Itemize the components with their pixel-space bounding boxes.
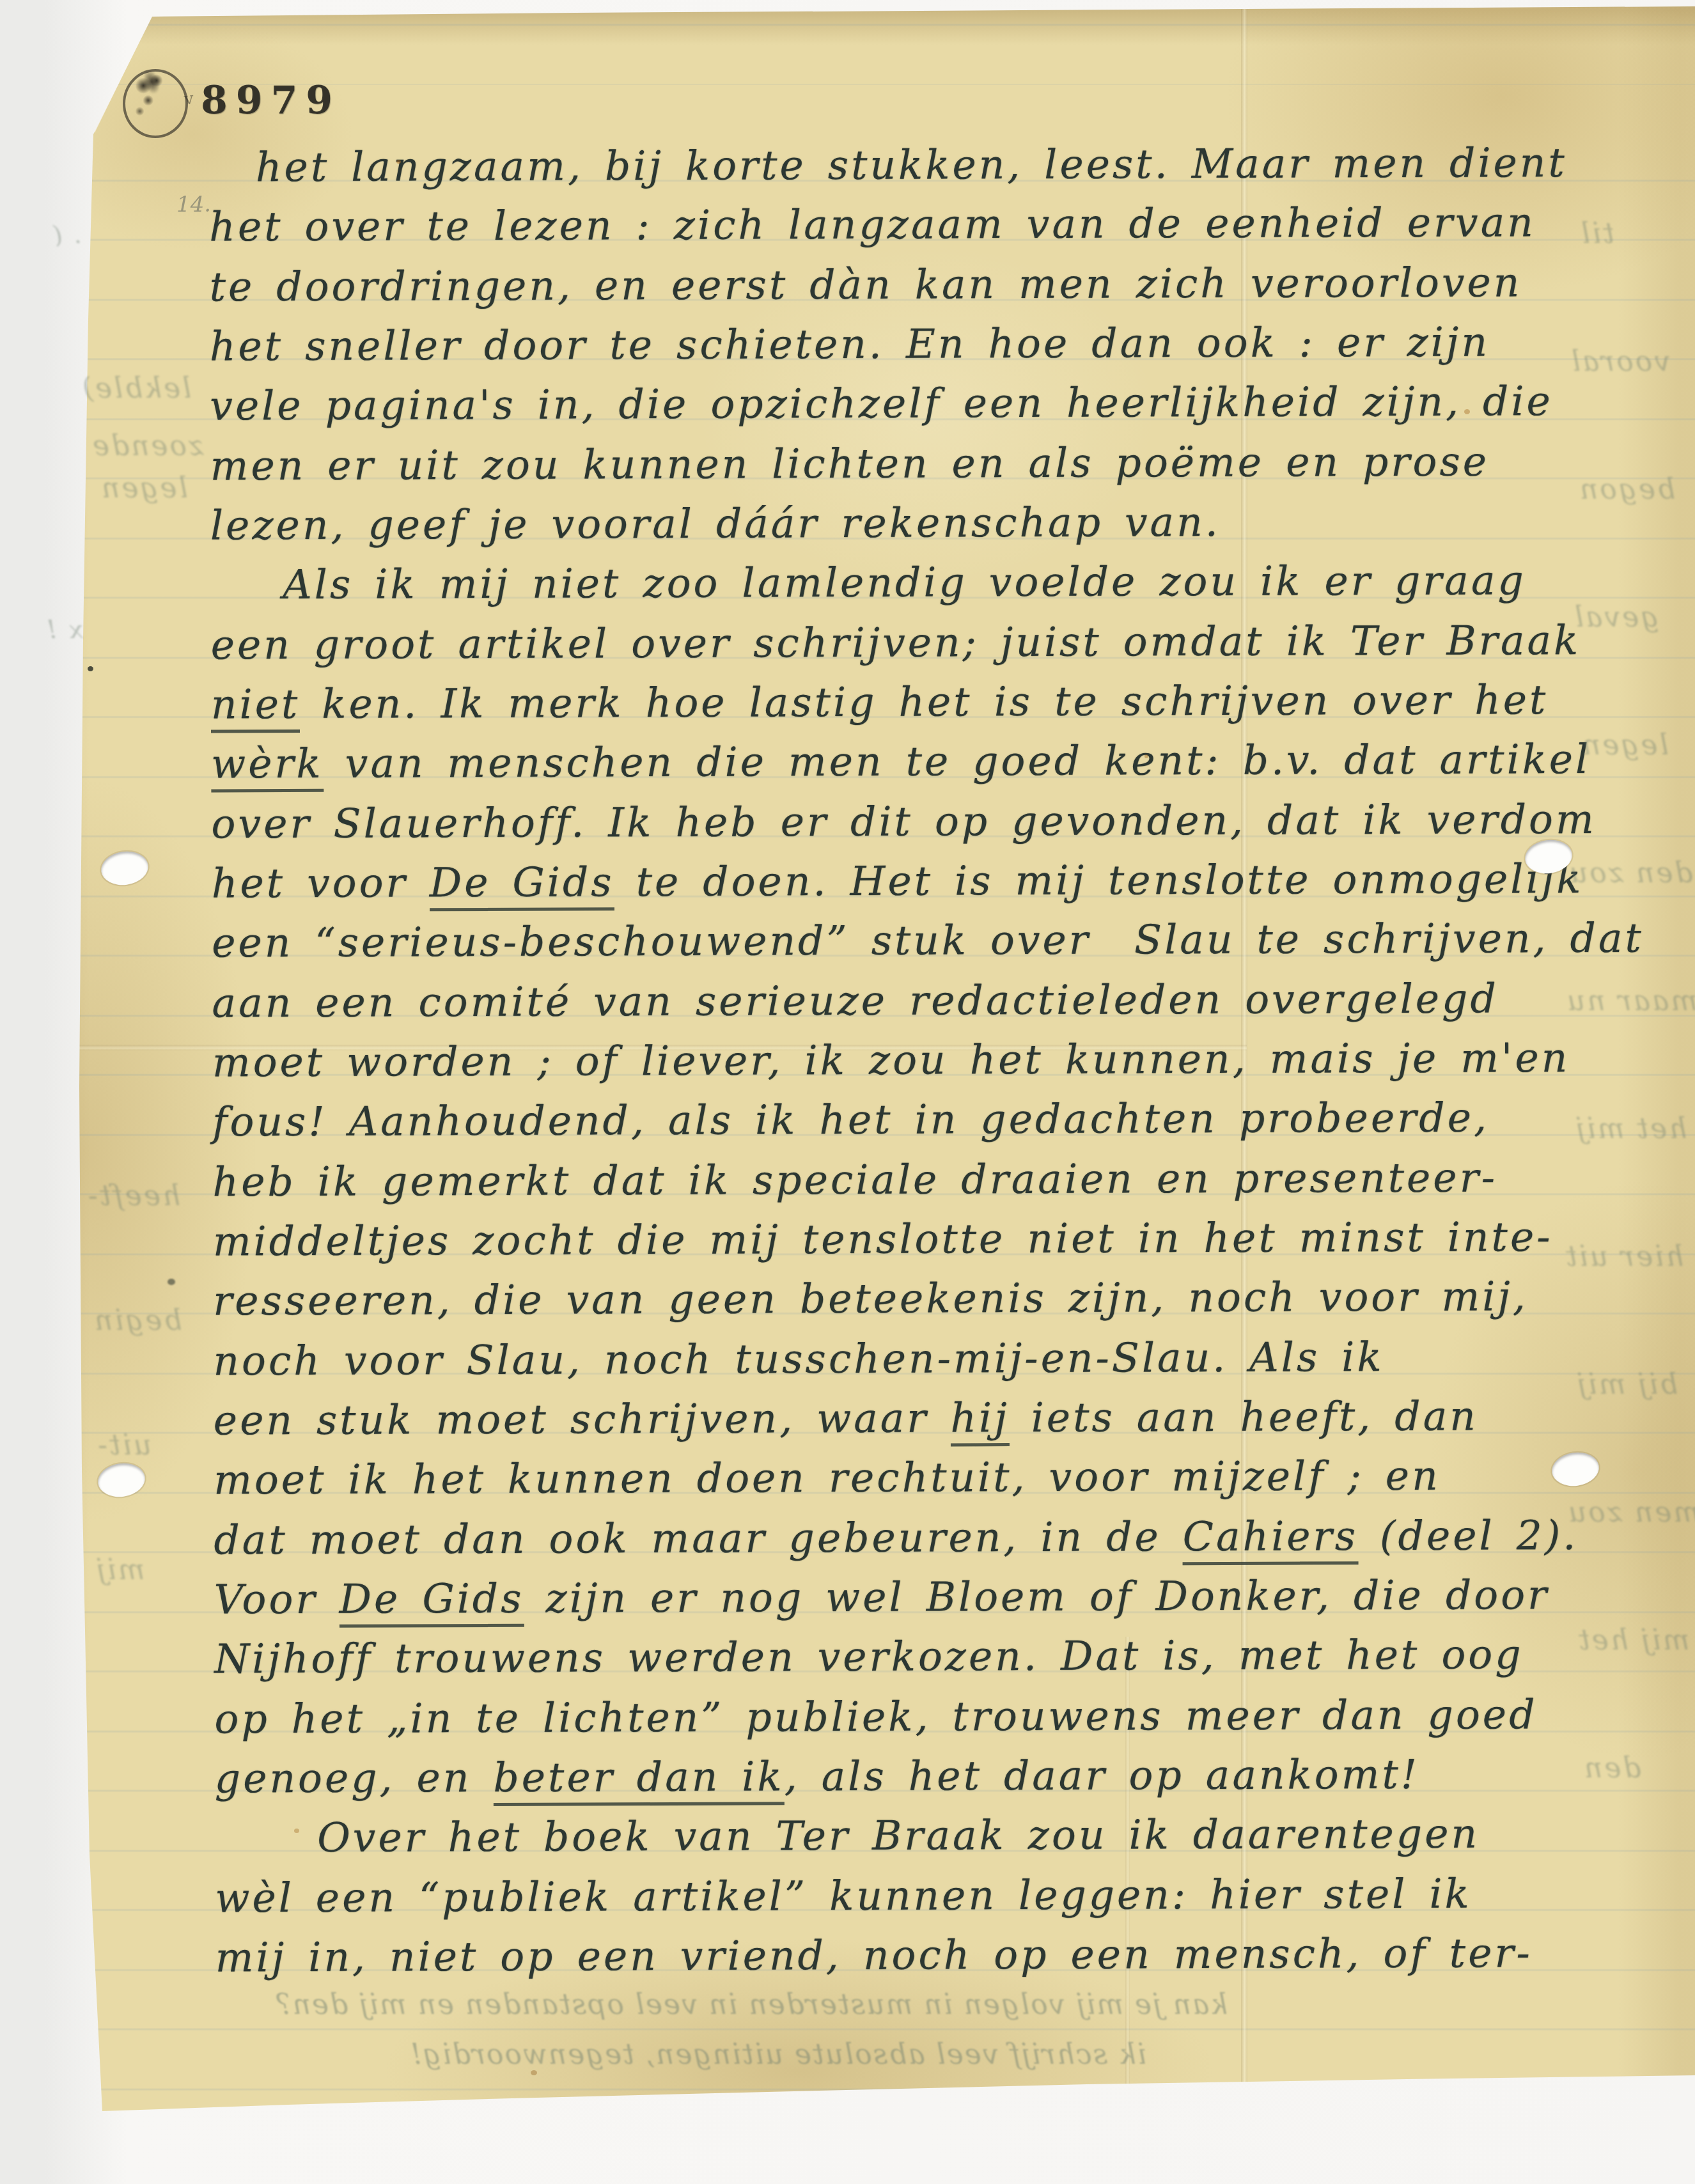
handwritten-line: lezen, geef je vooral dáár rekenschap va… — [210, 499, 1221, 549]
ghost-fragment: bij mij — [1575, 1368, 1678, 1401]
ghost-fragment: heeft- — [86, 1180, 180, 1212]
handwritten-line: dat moet dan ook maar gebeuren, in de Ca… — [214, 1512, 1578, 1563]
handwritten-line: een groot artikel over schrijven; juist … — [210, 617, 1581, 668]
scanner-background: v 8979 het langzaam, bij korte stukken, … — [0, 0, 1695, 2184]
ink-underline: wèrk — [211, 740, 324, 793]
ghost-fragment: . ( — [51, 221, 82, 249]
handwritten-line: het langzaam, bij korte stukken, leest. … — [256, 139, 1567, 191]
ghost-fragment: mij het — [1577, 1624, 1689, 1657]
handwritten-line: fous! Aanhoudend, als ik het in gedachte… — [212, 1094, 1489, 1145]
ghost-fragment: den zou — [1568, 857, 1693, 889]
letter-page: v 8979 het langzaam, bij korte stukken, … — [0, 0, 1695, 2184]
handwritten-line: heb ik gemerkt dat ik speciale draaien e… — [212, 1154, 1497, 1205]
letter-body: het langzaam, bij korte stukken, leest. … — [0, 0, 1695, 2184]
handwritten-line: middeltjes zocht die mij tenslotte niet … — [213, 1213, 1553, 1265]
handwritten-line: wèl een “publiek artikel” kunnen leggen:… — [215, 1871, 1472, 1922]
ink-underline: beter dan ik — [493, 1753, 784, 1806]
handwritten-line: wèrk van menschen die men te goed kent: … — [211, 736, 1591, 788]
ghost-fragment: vooral — [1570, 345, 1670, 378]
handwritten-line: mij in, niet op een vriend, noch op een … — [215, 1930, 1533, 1981]
foxing-spot — [1464, 409, 1470, 414]
ghost-fragment: uit- — [96, 1429, 152, 1462]
handwritten-line: resseeren, die van geen beteekenis zijn,… — [213, 1273, 1528, 1324]
handwritten-line: moet worden ; of liever, ik zou het kunn… — [212, 1034, 1570, 1086]
ghost-fragment: mij — [95, 1554, 145, 1586]
ink-underline: niet — [211, 681, 301, 733]
handwritten-line: men er uit zou kunnen lichten en als poë… — [210, 438, 1489, 489]
ghost-fragment: legen — [1581, 729, 1669, 761]
handwritten-line: het over te lezen : zich langzaam van de… — [209, 199, 1536, 250]
handwritten-line: een “serieus-beschouwend” stuk over Slau… — [212, 915, 1644, 967]
ghost-fragment: til — [1579, 217, 1614, 250]
ink-speck — [168, 1279, 175, 1285]
ghost-fragment: begon — [1578, 473, 1675, 506]
foxing-spot — [531, 2070, 537, 2075]
ghost-fragment: het mij — [1574, 1112, 1687, 1145]
pencil-page-number: 14. — [176, 192, 211, 217]
handwritten-line: op het „in te lichten” publiek, trouwens… — [214, 1691, 1537, 1742]
ghost-fragment: x ! — [45, 615, 83, 644]
handwritten-line: moet ik het kunnen doen rechtuit, voor m… — [214, 1453, 1441, 1504]
handwritten-line: te doordringen, en eerst dàn kan men zic… — [209, 259, 1522, 310]
handwritten-line: Nijhoff trouwens werden verkozen. Dat is… — [214, 1631, 1524, 1682]
ink-underline: De Gids — [430, 859, 614, 911]
handwritten-line: Over het boek van Ter Braak zou ik daare… — [317, 1811, 1480, 1861]
ghost-fragment: hier uit — [1564, 1240, 1684, 1273]
handwritten-line: een stuk moet schrijven, waar hij iets a… — [214, 1393, 1478, 1444]
ghost-fragment: legen — [100, 472, 188, 504]
ghost-fragment: den — [1582, 1752, 1641, 1784]
handwritten-line: over Slauerhoff. Ik heb er dit op gevond… — [211, 796, 1596, 848]
ghost-fragment: lekble) — [81, 372, 191, 405]
foxing-spot — [294, 1829, 299, 1833]
ink-speck — [88, 666, 93, 671]
handwritten-line: niet ken. Ik merk hoe lastig het is te s… — [211, 676, 1549, 728]
ghost-fragment: men zou — [1566, 1496, 1695, 1529]
handwritten-line: vele pagina's in, die opzichzelf een hee… — [210, 378, 1553, 429]
ghost-bottom-line: kan je mij volgen in musterden in veel o… — [275, 1988, 1228, 2021]
ink-underline: hij — [950, 1394, 1010, 1446]
ghost-fragment: maar nu — [1565, 985, 1695, 1017]
ghost-fragment: zoende — [91, 430, 203, 462]
handwritten-line: Als ik mij niet zoo lamlendig voelde zou… — [283, 557, 1526, 608]
ghost-fragment: geval — [1573, 601, 1659, 634]
handwritten-line: genoeg, en beter dan ik, als het daar op… — [215, 1751, 1419, 1802]
ink-underline: De Gids — [339, 1575, 524, 1628]
handwritten-line: aan een comité van serieuze redactielede… — [212, 975, 1498, 1026]
foxing-spot — [1144, 754, 1148, 758]
handwritten-line: het sneller door te schieten. En hoe dan… — [210, 318, 1490, 370]
handwritten-line: Voor De Gids zijn er nog wel Bloem of Do… — [214, 1572, 1550, 1623]
ghost-fragment: begin — [93, 1304, 182, 1337]
foxing-spot — [396, 160, 401, 164]
handwritten-line: het voor De Gids te doen. Het is mij ten… — [212, 855, 1584, 907]
ink-underline: Cahiers — [1183, 1513, 1358, 1565]
handwritten-line: noch voor Slau, noch tusschen-mij-en-Sla… — [213, 1334, 1384, 1384]
ghost-bottom-line: ik schrijf veel absolute uitingen, tegen… — [409, 2038, 1146, 2071]
